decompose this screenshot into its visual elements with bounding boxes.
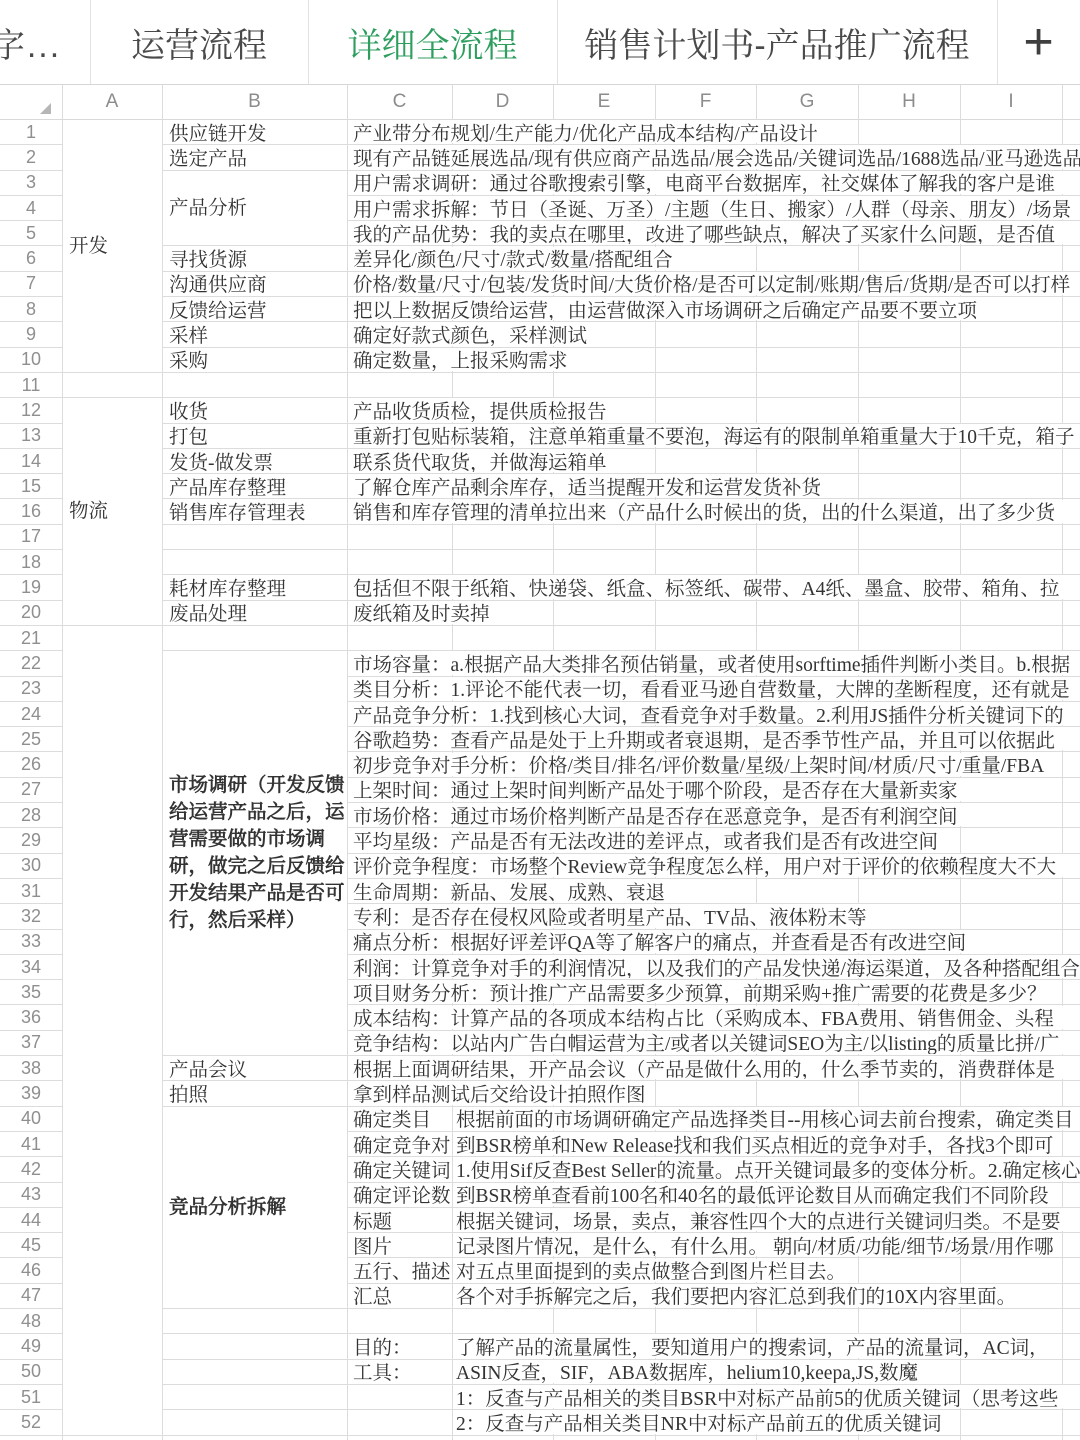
row-header-24[interactable]: 24 bbox=[0, 702, 62, 726]
cell-D44[interactable]: 根据关键词，场景，卖点，兼容性四个大的点进行关键词归类。不是要 bbox=[453, 1208, 1067, 1231]
cell-D46[interactable]: 对五点里面提到的卖点做整合到图片栏目去。 bbox=[453, 1259, 852, 1282]
sheet-tab-sales-plan[interactable]: 销售计划书-产品推广流程 bbox=[557, 0, 997, 84]
row-header-38[interactable]: 38 bbox=[0, 1056, 62, 1080]
cell-D49[interactable]: 了解产品的流量属性，要知道用户的搜索词，产品的流量词，AC词， bbox=[453, 1334, 1055, 1357]
cell-C35[interactable]: 项目财务分析：预计推广产品需要多少预算，前期采购+推广需要的花费是多少？ bbox=[348, 980, 1056, 1003]
sheet-row-3: 3用户需求调研：通过谷歌搜索引擎，电商平台数据库，社交媒体了解我的客户是谁 bbox=[0, 171, 1080, 196]
sheet-row-29: 29平均星级：产品是否有无法改进的差评点，或者我们是否有改进空间 bbox=[0, 828, 1080, 853]
row-header-19[interactable]: 19 bbox=[0, 575, 62, 599]
row-header-29[interactable]: 29 bbox=[0, 828, 62, 852]
sheet-row-26: 26初步竞争对手分析：价格/类目/排名/评价数量/星级/上架时间/材质/尺寸/重… bbox=[0, 753, 1080, 778]
row-header-12[interactable]: 12 bbox=[0, 398, 62, 422]
cell-C29[interactable]: 平均星级：产品是否有无法改进的差评点，或者我们是否有改进空间 bbox=[348, 828, 947, 851]
cell-B7[interactable]: 沟通供应商 bbox=[163, 272, 275, 295]
plus-icon: + bbox=[1023, 12, 1053, 72]
sheet-row-36: 36成本结构：计算产品的各项成本结构占比（采购成本、FBA费用、销售佣金、头程 bbox=[0, 1006, 1080, 1031]
sheet-row-39: 39拍照拿到样品测试后交给设计拍照作图 bbox=[0, 1081, 1080, 1106]
cell-C45[interactable]: 图片 bbox=[348, 1233, 451, 1256]
merged-cell-label: 产品分析 bbox=[163, 195, 247, 222]
row-header-41[interactable]: 41 bbox=[0, 1132, 62, 1156]
row-header-5[interactable]: 5 bbox=[0, 221, 62, 245]
cell-C30[interactable]: 评价竞争程度：市场整个Review竞争程度怎么样，用户对于评价的依赖程度大不大 bbox=[348, 854, 1065, 877]
cell-C20[interactable]: 废纸箱及时卖掉 bbox=[348, 601, 499, 624]
cell-C15[interactable]: 了解仓库产品剩余库存，适当提醒开发和运营发货补货 bbox=[348, 474, 830, 497]
cell-B6[interactable]: 寻找货源 bbox=[163, 247, 255, 270]
row-header-31[interactable]: 31 bbox=[0, 879, 62, 903]
sheet-row-18: 18 bbox=[0, 550, 1080, 575]
sheet-row-49: 49目的：了解产品的流量属性，要知道用户的搜索词，产品的流量词，AC词， bbox=[0, 1334, 1080, 1359]
column-header-B[interactable]: B bbox=[162, 85, 347, 119]
cell-B1[interactable]: 供应链开发 bbox=[163, 120, 275, 143]
merged-cell-B3-B5[interactable]: 产品分析 bbox=[163, 171, 347, 246]
sheet-row-22: 22市场容量：a.根据产品大类排名预估销量，或者使用sorftime插件判断小类… bbox=[0, 651, 1080, 676]
sheet-row-43: 43确定评论数到BSR榜单查看前100名和40名的最低评论数目从而确定我们不同阶… bbox=[0, 1183, 1080, 1208]
cell-B15[interactable]: 产品库存整理 bbox=[163, 474, 294, 497]
row-header-2[interactable]: 2 bbox=[0, 145, 62, 169]
sheet-row-42: 42确定关键词1.使用Sif反查Best Seller的流量。点开关键词最多的变… bbox=[0, 1157, 1080, 1182]
row-header-43[interactable]: 43 bbox=[0, 1183, 62, 1207]
cell-C4[interactable]: 用户需求拆解：节日（圣诞、万圣）/主题（生日、搬家）/人群（母亲、朋友）/场景 bbox=[348, 196, 1080, 219]
column-header-H[interactable]: H bbox=[858, 85, 960, 119]
cell-C31[interactable]: 生命周期：新品、发展、成熟、衰退 bbox=[348, 879, 674, 902]
sheet-row-25: 25谷歌趋势：查看产品是处于上升期或者衰退期，是否季节性产品，并且可以依据此 bbox=[0, 727, 1080, 752]
sheet-row-23: 23类目分析：1.评论不能代表一切，看看亚马逊自营数量，大牌的垄断程度，还有就是 bbox=[0, 677, 1080, 702]
cell-D41[interactable]: 到BSR榜单和New Release找和我们买点相近的竞争对手，各找3个即可 bbox=[453, 1132, 1059, 1155]
cell-C37[interactable]: 竞争结构：以站内广告白帽运营为主/或者以关键词SEO为主/以listing的质量… bbox=[348, 1031, 1068, 1054]
sheet-row-47: 47汇总各个对手拆解完之后，我们要把内容汇总到我们的10X内容里面。 bbox=[0, 1284, 1080, 1309]
cell-C23[interactable]: 类目分析：1.评论不能代表一切，看看亚马逊自营数量，大牌的垄断程度，还有就是 bbox=[348, 677, 1079, 700]
row-header-11[interactable]: 11 bbox=[0, 373, 62, 397]
row-header-44[interactable]: 44 bbox=[0, 1208, 62, 1232]
sheet-row-12: 12收货产品收货质检，提供质检报告 bbox=[0, 398, 1080, 423]
cell-C25[interactable]: 谷歌趋势：查看产品是处于上升期或者衰退期，是否季节性产品，并且可以依据此 bbox=[348, 727, 1064, 750]
sheet-row-33: 33痛点分析：根据好评差评QA等了解客户的痛点，并查看是否有改进空间 bbox=[0, 930, 1080, 955]
row-header-13[interactable]: 13 bbox=[0, 424, 62, 448]
cell-C2[interactable]: 现有产品链延展选品/现有供应商产品选品/展会选品/关键词选品/1688选品/亚马… bbox=[348, 145, 1080, 168]
cell-C19[interactable]: 包括但不限于纸箱、快递袋、纸盒、标签纸、碳带、A4纸、墨盒、胶带、箱角、拉 bbox=[348, 575, 1068, 598]
cell-C47[interactable]: 汇总 bbox=[348, 1284, 451, 1307]
column-header-I[interactable]: I bbox=[960, 85, 1062, 119]
cell-C8[interactable]: 把以上数据反馈给运营，由运营做深入市场调研之后确定产品要不要立项 bbox=[348, 297, 986, 320]
merged-cell-B22-B37[interactable]: 市场调研（开发反馈 给运营产品之后，运 营需要做的市场调 研，做完之后反馈给 开… bbox=[163, 651, 347, 1055]
sheet-tab-operations[interactable]: 运营流程 bbox=[90, 0, 308, 84]
cell-C24[interactable]: 产品竞争分析：1.找到核心大词，查看竞争对手数量。2.利用JS插件分析关键词下的 bbox=[348, 702, 1073, 725]
cell-C33[interactable]: 痛点分析：根据好评差评QA等了解客户的痛点，并查看是否有改进空间 bbox=[348, 930, 975, 953]
sheet-row-38: 38产品会议根据上面调研结果，开产品会议（产品是做什么用的，什么季节卖的，消费群… bbox=[0, 1056, 1080, 1081]
cell-C50[interactable]: 工具： bbox=[348, 1360, 451, 1383]
merged-cell-A21-A52[interactable] bbox=[63, 626, 162, 1435]
sheet-tab-label: 销售计划书-产品推广流程 bbox=[584, 18, 969, 67]
cell-B8[interactable]: 反馈给运营 bbox=[163, 297, 275, 320]
sheet-row-45: 45图片记录图片情况，是什么，有什么用。 朝向/材质/功能/细节/场景/用作哪 bbox=[0, 1233, 1080, 1258]
sheet-tab-bar: 字... 运营流程 详细全流程 销售计划书-产品推广流程 + bbox=[0, 0, 1080, 85]
cell-C38[interactable]: 根据上面调研结果，开产品会议（产品是做什么用的，什么季节卖的，消费群体是 bbox=[348, 1056, 1064, 1079]
cell-D47[interactable]: 各个对手拆解完之后，我们要把内容汇总到我们的10X内容里面。 bbox=[453, 1284, 1022, 1307]
sheet-row-8: 8反馈给运营把以上数据反馈给运营，由运营做深入市场调研之后确定产品要不要立项 bbox=[0, 297, 1080, 322]
row-header-27[interactable]: 27 bbox=[0, 778, 62, 802]
cell-C43[interactable]: 确定评论数 bbox=[348, 1183, 451, 1206]
cell-C49[interactable]: 目的： bbox=[348, 1334, 451, 1357]
cell-D45[interactable]: 记录图片情况，是什么，有什么用。 朝向/材质/功能/细节/场景/用作哪 bbox=[453, 1233, 1059, 1256]
sheet-row-50: 50工具：ASIN反查，SIF，ABA数据库，helium10,keepa,JS… bbox=[0, 1360, 1080, 1385]
cell-B19[interactable]: 耗材库存整理 bbox=[163, 575, 294, 598]
row-header-35[interactable]: 35 bbox=[0, 980, 62, 1004]
row-header-50[interactable]: 50 bbox=[0, 1360, 62, 1384]
cell-C32[interactable]: 专利：是否存在侵权风险或者明星产品、TV品、液体粉末等 bbox=[348, 904, 876, 927]
sheet-row-10: 10采购确定数量，上报采购需求 bbox=[0, 348, 1080, 373]
tab-divider bbox=[997, 0, 998, 84]
cell-B13[interactable]: 打包 bbox=[163, 424, 216, 447]
sheet-tab-label: 详细全流程 bbox=[348, 18, 518, 67]
sheet-row-27: 27上架时间：通过上架时间判断产品处于哪个阶段，是否存在大量新卖家 bbox=[0, 778, 1080, 803]
column-header-D[interactable]: D bbox=[452, 85, 553, 119]
cell-B2[interactable]: 选定产品 bbox=[163, 145, 255, 168]
sheet-row-15: 15产品库存整理了解仓库产品剩余库存，适当提醒开发和运营发货补货 bbox=[0, 474, 1080, 499]
sheet-row-32: 32专利：是否存在侵权风险或者明星产品、TV品、液体粉末等 bbox=[0, 904, 1080, 929]
cell-B16[interactable]: 销售库存管理表 bbox=[163, 500, 314, 523]
row-header-28[interactable]: 28 bbox=[0, 803, 62, 827]
merged-cell-label: 开发 bbox=[63, 233, 108, 260]
sheet-tab-overflow[interactable]: 字... bbox=[0, 0, 90, 84]
row-header-49[interactable]: 49 bbox=[0, 1334, 62, 1358]
cell-D40[interactable]: 根据前面的市场调研确定产品选择类目--用核心词去前台搜索，确定类目 bbox=[453, 1107, 1080, 1130]
row-header-33[interactable]: 33 bbox=[0, 930, 62, 954]
row-header-34[interactable]: 34 bbox=[0, 955, 62, 979]
row-header-7[interactable]: 7 bbox=[0, 272, 62, 296]
sheet-row-20: 20废品处理废纸箱及时卖掉 bbox=[0, 601, 1080, 626]
row-header-52[interactable]: 52 bbox=[0, 1410, 62, 1434]
row-header-23[interactable]: 23 bbox=[0, 677, 62, 701]
merged-cell-label: 物流 bbox=[63, 498, 108, 525]
cell-C1[interactable]: 产业带分布规划/生产能力/优化产品成本结构/产品设计 bbox=[348, 120, 827, 143]
row-header-18[interactable]: 18 bbox=[0, 550, 62, 574]
cell-C5[interactable]: 我的产品优势：我的卖点在哪里，改进了哪些缺点，解决了买家什么问题，是否值 bbox=[348, 221, 1064, 244]
merged-cell-label: 竞品分析拆解 bbox=[163, 1194, 286, 1221]
add-sheet-button[interactable]: + bbox=[997, 0, 1080, 84]
sheet-row-13: 13打包重新打包贴标装箱，注意单箱重量不要泡，海运有的限制单箱重量大于10千克，… bbox=[0, 424, 1080, 449]
row-header-16[interactable]: 16 bbox=[0, 500, 62, 524]
cell-D52[interactable]: 2：反查与产品相关类目NR中对标产品前五的优质关键词 bbox=[453, 1410, 947, 1433]
cell-C10[interactable]: 确定数量，上报采购需求 bbox=[348, 348, 577, 371]
sheet-row-9: 9采样确定好款式颜色，采样测试 bbox=[0, 322, 1080, 347]
cell-C46[interactable]: 五行、描述 bbox=[348, 1259, 451, 1282]
row-header-48[interactable]: 48 bbox=[0, 1309, 62, 1333]
row-header-20[interactable]: 20 bbox=[0, 601, 62, 625]
row-header-10[interactable]: 10 bbox=[0, 348, 62, 372]
cell-C26[interactable]: 初步竞争对手分析：价格/类目/排名/评价数量/星级/上架时间/材质/尺寸/重量/… bbox=[348, 753, 1053, 776]
sheet-row-7: 7沟通供应商价格/数量/尺寸/包装/发货时间/大货价格/是否可以定制/账期/售后… bbox=[0, 272, 1080, 297]
cell-C7[interactable]: 价格/数量/尺寸/包装/发货时间/大货价格/是否可以定制/账期/售后/货期/是否… bbox=[348, 272, 1079, 295]
select-all-button[interactable] bbox=[40, 103, 51, 114]
cell-C36[interactable]: 成本结构：计算产品的各项成本结构占比（采购成本、FBA费用、销售佣金、头程 bbox=[348, 1006, 1063, 1029]
cell-B10[interactable]: 采购 bbox=[163, 348, 216, 371]
cell-B9[interactable]: 采样 bbox=[163, 322, 216, 345]
row-header-37[interactable]: 37 bbox=[0, 1031, 62, 1055]
sheet-row-52: 522：反查与产品相关类目NR中对标产品前五的优质关键词 bbox=[0, 1410, 1080, 1435]
row-header-3[interactable]: 3 bbox=[0, 171, 62, 195]
sheet-row-1: 1供应链开发产业带分布规划/生产能力/优化产品成本结构/产品设计 bbox=[0, 120, 1080, 145]
sheet-row-2: 2选定产品现有产品链延展选品/现有供应商产品选品/展会选品/关键词选品/1688… bbox=[0, 145, 1080, 170]
sheet-row-41: 41确定竞争对手到BSR榜单和New Release找和我们买点相近的竞争对手，… bbox=[0, 1132, 1080, 1157]
sheet-row-24: 24产品竞争分析：1.找到核心大词，查看竞争对手数量。2.利用JS插件分析关键词… bbox=[0, 702, 1080, 727]
cell-D50[interactable]: ASIN反查，SIF，ABA数据库，helium10,keepa,JS,数魔 bbox=[453, 1360, 924, 1383]
tab-divider bbox=[308, 0, 309, 84]
cell-C16[interactable]: 销售和库存管理的清单拉出来（产品什么时候出的货，出的什么渠道，出了多少货 bbox=[348, 500, 1064, 523]
row-header-8[interactable]: 8 bbox=[0, 297, 62, 321]
merged-cell-A1-A10[interactable]: 开发 bbox=[63, 120, 162, 372]
row-header-17[interactable]: 17 bbox=[0, 525, 62, 549]
cell-C40[interactable]: 确定类目 bbox=[348, 1107, 451, 1130]
row-header-9[interactable]: 9 bbox=[0, 322, 62, 346]
row-header-42[interactable]: 42 bbox=[0, 1157, 62, 1181]
sheet-row-21: 21 bbox=[0, 626, 1080, 651]
cell-B20[interactable]: 废品处理 bbox=[163, 601, 255, 624]
row-header-25[interactable]: 25 bbox=[0, 727, 62, 751]
sheet-tab-label: 运营流程 bbox=[131, 18, 267, 67]
sheet-tab-overflow-label: 字... bbox=[0, 18, 61, 67]
cell-C42[interactable]: 确定关键词 bbox=[348, 1157, 451, 1180]
column-header-A[interactable]: A bbox=[62, 85, 162, 119]
column-header-E[interactable]: E bbox=[553, 85, 655, 119]
cell-C22[interactable]: 市场容量：a.根据产品大类排名预估销量，或者使用sorftime插件判断小类目。… bbox=[348, 651, 1079, 674]
row-header-15[interactable]: 15 bbox=[0, 474, 62, 498]
cell-C3[interactable]: 用户需求调研：通过谷歌搜索引擎，电商平台数据库，社交媒体了解我的客户是谁 bbox=[348, 171, 1064, 194]
sheet-row-37: 37竞争结构：以站内广告白帽运营为主/或者以关键词SEO为主/以listing的… bbox=[0, 1031, 1080, 1056]
sheet-row-28: 28市场价格：通过市场价格判断产品是否存在恶意竞争，是否有利润空间 bbox=[0, 803, 1080, 828]
sheet-row-5: 5我的产品优势：我的卖点在哪里，改进了哪些缺点，解决了买家什么问题，是否值 bbox=[0, 221, 1080, 246]
sheet-row-16: 16销售库存管理表销售和库存管理的清单拉出来（产品什么时候出的货，出的什么渠道，… bbox=[0, 500, 1080, 525]
row-header-40[interactable]: 40 bbox=[0, 1107, 62, 1131]
row-header-1[interactable]: 1 bbox=[0, 120, 62, 144]
cell-B38[interactable]: 产品会议 bbox=[163, 1056, 255, 1079]
cell-C14[interactable]: 联系货代取货，并做海运箱单 bbox=[348, 449, 616, 472]
cell-D42[interactable]: 1.使用Sif反查Best Seller的流量。点开关键词最多的变体分析。2.确… bbox=[453, 1157, 1080, 1180]
sheet-row-51: 511：反查与产品相关的类目BSR中对标产品前5的优质关键词（思考这些 bbox=[0, 1385, 1080, 1410]
sheet-row-35: 35项目财务分析：预计推广产品需要多少预算，前期采购+推广需要的花费是多少？ bbox=[0, 980, 1080, 1005]
cell-D51[interactable]: 1：反查与产品相关的类目BSR中对标产品前5的优质关键词（思考这些 bbox=[453, 1385, 1064, 1408]
cell-C41[interactable]: 确定竞争对手 bbox=[348, 1132, 451, 1155]
spreadsheet-app: 字... 运营流程 详细全流程 销售计划书-产品推广流程 + ABCDEFGHI… bbox=[0, 0, 1080, 1440]
sheet-row-34: 34利润：计算竞争对手的利润情况，以及我们的产品发快递/海运渠道，及各种搭配组合 bbox=[0, 955, 1080, 980]
cell-C34[interactable]: 利润：计算竞争对手的利润情况，以及我们的产品发快递/海运渠道，及各种搭配组合 bbox=[348, 955, 1080, 978]
row-header-45[interactable]: 45 bbox=[0, 1233, 62, 1257]
sheet-row-4: 4用户需求拆解：节日（圣诞、万圣）/主题（生日、搬家）/人群（母亲、朋友）/场景 bbox=[0, 196, 1080, 221]
row-header-47[interactable]: 47 bbox=[0, 1284, 62, 1308]
cell-C28[interactable]: 市场价格：通过市场价格判断产品是否存在恶意竞争，是否有利润空间 bbox=[348, 803, 967, 826]
tab-divider bbox=[557, 0, 558, 84]
row-header-36[interactable]: 36 bbox=[0, 1006, 62, 1030]
sheet-row-31: 31生命周期：新品、发展、成熟、衰退 bbox=[0, 879, 1080, 904]
sheet-row-14: 14发货-做发票联系货代取货，并做海运箱单 bbox=[0, 449, 1080, 474]
cell-C12[interactable]: 产品收货质检，提供质检报告 bbox=[348, 398, 616, 421]
row-header-21[interactable]: 21 bbox=[0, 626, 62, 650]
row-header-6[interactable]: 6 bbox=[0, 247, 62, 271]
cell-B14[interactable]: 发货-做发票 bbox=[163, 449, 281, 472]
merged-cell-B40-B47[interactable]: 竞品分析拆解 bbox=[163, 1107, 347, 1308]
sheet-row-46: 46五行、描述对五点里面提到的卖点做整合到图片栏目去。 bbox=[0, 1259, 1080, 1284]
sheet-row-19: 19耗材库存整理包括但不限于纸箱、快递袋、纸盒、标签纸、碳带、A4纸、墨盒、胶带… bbox=[0, 575, 1080, 600]
sheet-row-44: 44标题根据关键词，场景，卖点，兼容性四个大的点进行关键词归类。不是要 bbox=[0, 1208, 1080, 1233]
cell-C44[interactable]: 标题 bbox=[348, 1208, 451, 1231]
sheet-row-17: 17 bbox=[0, 525, 1080, 550]
row-header-14[interactable]: 14 bbox=[0, 449, 62, 473]
cell-C39[interactable]: 拿到样品测试后交给设计拍照作图 bbox=[348, 1081, 655, 1104]
sheet-row-40: 40确定类目根据前面的市场调研确定产品选择类目--用核心词去前台搜索，确定类目 bbox=[0, 1107, 1080, 1132]
cell-B12[interactable]: 收货 bbox=[163, 398, 216, 421]
cell-C9[interactable]: 确定好款式颜色，采样测试 bbox=[348, 322, 596, 345]
row-header-30[interactable]: 30 bbox=[0, 854, 62, 878]
sheet-tab-full-process-active[interactable]: 详细全流程 bbox=[308, 0, 557, 84]
row-header-22[interactable]: 22 bbox=[0, 651, 62, 675]
row-header-39[interactable]: 39 bbox=[0, 1081, 62, 1105]
column-header-G[interactable]: G bbox=[756, 85, 858, 119]
cell-C6[interactable]: 差异化/颜色/尺寸/款式/数量/搭配组合 bbox=[348, 247, 682, 270]
sheet-row-11: 11 bbox=[0, 373, 1080, 398]
merged-cell-A12-A20[interactable]: 物流 bbox=[63, 398, 162, 625]
sheet-row-6: 6寻找货源差异化/颜色/尺寸/款式/数量/搭配组合 bbox=[0, 247, 1080, 272]
column-header-C[interactable]: C bbox=[347, 85, 452, 119]
merged-cell-label: 市场调研（开发反馈 给运营产品之后，运 营需要做的市场调 研，做完之后反馈给 开… bbox=[163, 772, 345, 934]
cell-B39[interactable]: 拍照 bbox=[163, 1081, 216, 1104]
row-header-51[interactable]: 51 bbox=[0, 1385, 62, 1409]
column-header-F[interactable]: F bbox=[655, 85, 756, 119]
cell-D43[interactable]: 到BSR榜单查看前100名和40名的最低评论数目从而确定我们不同阶段 bbox=[453, 1183, 1055, 1206]
row-header-4[interactable]: 4 bbox=[0, 196, 62, 220]
cell-C13[interactable]: 重新打包贴标装箱，注意单箱重量不要泡，海运有的限制单箱重量大于10千克，箱子 bbox=[348, 424, 1080, 447]
sheet-row-30: 30评价竞争程度：市场整个Review竞争程度怎么样，用户对于评价的依赖程度大不… bbox=[0, 854, 1080, 879]
row-header-46[interactable]: 46 bbox=[0, 1259, 62, 1283]
tab-divider bbox=[90, 0, 91, 84]
sheet-row-48: 48 bbox=[0, 1309, 1080, 1334]
row-header-26[interactable]: 26 bbox=[0, 753, 62, 777]
cell-C27[interactable]: 上架时间：通过上架时间判断产品处于哪个阶段，是否存在大量新卖家 bbox=[348, 778, 967, 801]
row-header-32[interactable]: 32 bbox=[0, 904, 62, 928]
